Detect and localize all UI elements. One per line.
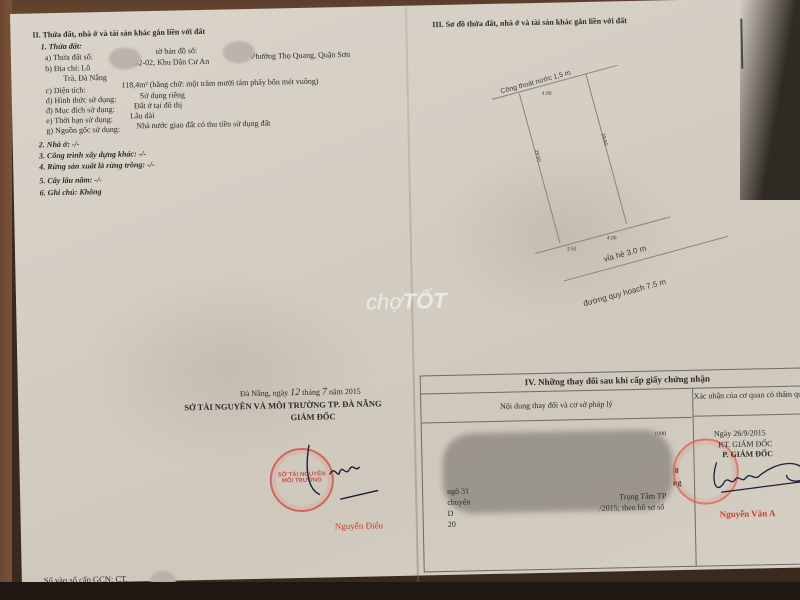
change-fragment: 20 [448,521,456,529]
right-boundary [585,74,627,224]
usage-purpose-value: Đất ở tại đô thị [134,101,182,110]
item-notes: 6. Ghi chú: Không [40,188,102,197]
front-boundary [535,216,670,254]
bottom-dim-right: 4.00 [607,235,617,241]
address-value: B2-02, Khu Dân Cư An [133,58,209,68]
item-house: 2. Nhà ở: -/- [39,141,80,150]
map-sheet-label: tờ bản đồ số: [156,47,198,56]
usage-origin-label: g) Nguồn gốc sử dụng: [46,126,120,136]
top-dimension: 4.00 [542,91,552,97]
certificate-paper: II. Thửa đất, nhà ở và tài sản khác gắn … [10,0,800,584]
change-fragment: chuyển [447,498,470,506]
section-ii-title: II. Thửa đất, nhà ở và tài sản khác gắn … [32,28,205,40]
change-fragment: Trọng Tâm TP [619,492,666,501]
area-label: c) Diện tích: [46,86,86,95]
left-boundary [519,93,561,243]
sidewalk-boundary [564,236,728,282]
table-shadow [0,582,800,600]
sidewalk-label: vỉa hè 3.0 m [603,244,647,264]
usage-origin-value: Nhà nước giao đất có thu tiền sử dụng đấ… [136,120,270,131]
section-iii-title: III. Sơ đồ thửa đất, nhà ở và tài sản kh… [432,17,627,29]
confirmation-signer: Nguyễn Văn A [720,509,776,519]
change-fragment: D [447,510,453,518]
left-dimension: 29.60 [533,149,542,163]
change-fragment: ngõ 31 [447,487,469,495]
shadow-overlay [740,0,800,200]
top-road-label: Công thoát nước 1,5 m [500,70,572,96]
confirmation-date: Ngày 26/9/2015 [714,429,766,438]
usage-term-value: Lâu dài [130,112,154,121]
top-boundary [492,65,618,100]
director-name: Nguyễn Điểu [335,521,383,531]
redaction-blur [442,429,674,514]
wooden-table-edge [0,0,12,600]
confirmation-role-1: KT. GIÁM ĐỐC [718,440,772,449]
right-dimension: 29.60 [599,133,608,147]
chotot-watermark-logo: chợTỐT [366,288,447,316]
parcel-number-label: a) Thửa đất số: [45,53,93,62]
address-label: b) Địa chỉ: Lô [45,64,90,73]
change-fragment: /2015; theo hồ sơ số [599,503,664,512]
changes-col-confirmation-header: Xác nhận của cơ quan có thẩm quyền [692,386,800,417]
bottom-dim-left: 2.51 [567,246,577,252]
land-plot-diagram: Công thoát nước 1,5 m 4.00 29.60 29.60 2… [481,49,736,304]
land-heading: 1. Thửa đất: [41,43,82,52]
director-signature [299,438,380,510]
item-other-construction: 3. Công trình xây dựng khác: -/- [39,150,146,160]
item-production-forest: 4. Rừng sản xuất là rừng trồng: -/- [39,161,155,171]
usage-form-value: Sử dụng riêng [140,91,185,100]
usage-term-label: e) Thời hạn sử dụng: [46,116,113,125]
address-city: Trà, Đà Nẵng [63,74,107,83]
item-perennial-trees: 5. Cây lâu năm: -/- [39,176,102,185]
confirmation-signature [704,452,800,504]
changes-table: IV. Những thay đổi sau khi cấp giấy chứn… [420,367,800,572]
authority-position: GIÁM ĐỐC [290,412,335,421]
address-ward: Phường Thọ Quang, Quận Sơn [251,51,350,61]
usage-form-label: d) Hình thức sử dụng: [46,96,117,105]
usage-purpose-label: đ) Mục đích sử dụng: [46,106,115,115]
changes-col-content-header: Nội dung thay đổi và cơ sở pháp lý [421,389,692,424]
area-value: 118,4m² (bằng chữ: một trăm mười tám phẩ… [121,78,318,90]
